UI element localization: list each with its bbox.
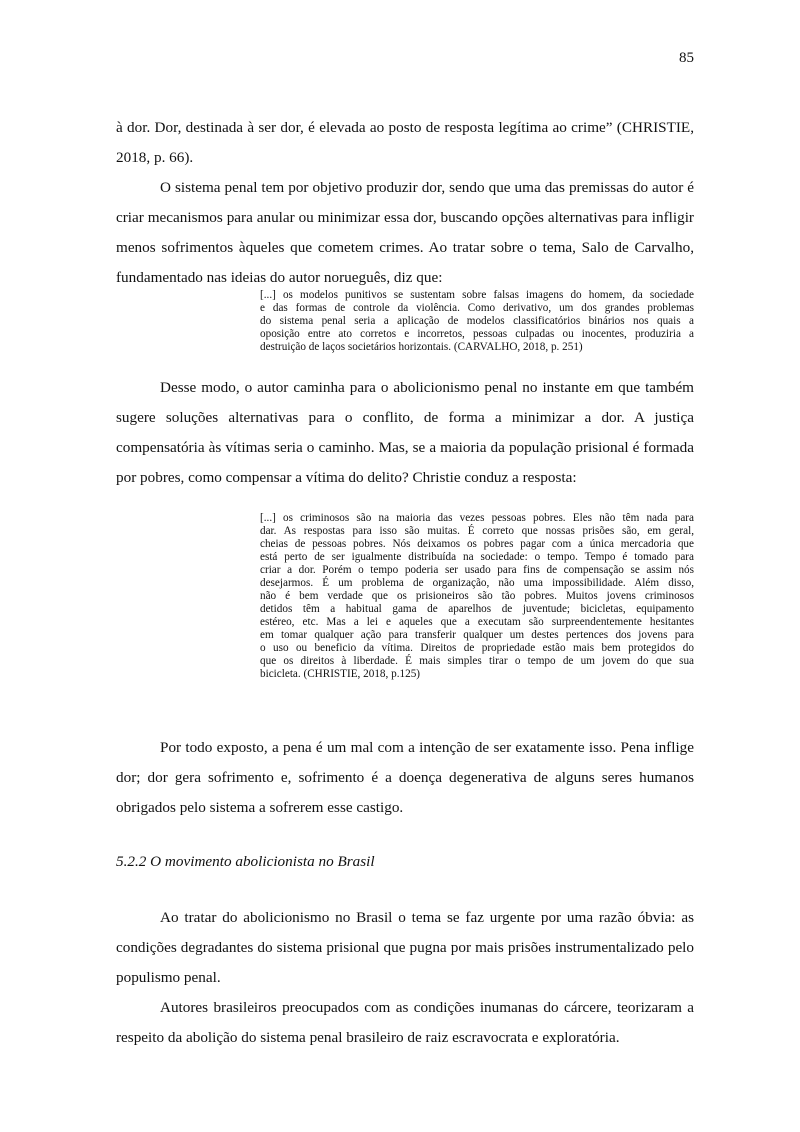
block-quote-line: cheias de pessoas pobres. Nós deixamos o… <box>260 538 694 551</box>
paragraph-line: obrigados pelo sistema a sofrerem esse c… <box>116 798 694 818</box>
block-quote-line: destruição de laços societários horizont… <box>260 341 694 354</box>
block-quote-line: desejarmos. É um problema de organização… <box>260 577 694 590</box>
block-quote-line: detidos têm a habitual gama de aparelhos… <box>260 603 694 616</box>
block-quote-line: está perto de ser igualmente distribuída… <box>260 551 694 564</box>
document-page: 85 à dor. Dor, destinada à ser dor, é el… <box>0 0 800 1132</box>
section-heading: 5.2.2 O movimento abolicionista no Brasi… <box>116 852 375 872</box>
block-quote-line: do sistema penal seria a aplicação de mo… <box>260 315 694 328</box>
paragraph-line: menos sofrimentos àqueles que cometem cr… <box>116 238 694 258</box>
block-quote-line: e das formas de controle da violência. C… <box>260 302 694 315</box>
paragraph-line: Por todo exposto, a pena é um mal com a … <box>160 738 694 758</box>
block-quote-line: que os direitos à liberdade. É mais simp… <box>260 655 694 668</box>
paragraph-line: dor; dor gera sofrimento e, sofrimento é… <box>116 768 694 788</box>
block-quote-line: [...] os modelos punitivos se sustentam … <box>260 289 694 302</box>
paragraph-line: Autores brasileiros preocupados com as c… <box>160 998 694 1018</box>
paragraph-line: à dor. Dor, destinada à ser dor, é eleva… <box>116 118 694 138</box>
block-quote-line: bicicleta. (CHRISTIE, 2018, p.125) <box>260 668 694 681</box>
paragraph-line: criar mecanismos para anular ou minimiza… <box>116 208 694 228</box>
paragraph-line: 2018, p. 66). <box>116 148 694 168</box>
paragraph-line: fundamentado nas ideias do autor noruegu… <box>116 268 694 288</box>
paragraph-line: sugere soluções alternativas para o conf… <box>116 408 694 428</box>
block-quote-line: o uso ou beneficio da vítima. Direitos d… <box>260 642 694 655</box>
paragraph-line: condições degradantes do sistema prision… <box>116 938 694 958</box>
paragraph-line: respeito da abolição do sistema penal br… <box>116 1028 694 1048</box>
block-quote-line: [...] os criminosos são na maioria das v… <box>260 512 694 525</box>
block-quote-line: não é bem verdade que os prisioneiros sã… <box>260 590 694 603</box>
block-quote-line: oposição entre ato corretos e incorretos… <box>260 328 694 341</box>
block-quote-line: criar a dor. Porém o tempo poderia ser u… <box>260 564 694 577</box>
page-number: 85 <box>679 50 694 67</box>
block-quote-line: estéreo, etc. Mas a lei e aqueles que a … <box>260 616 694 629</box>
paragraph-line: Ao tratar do abolicionismo no Brasil o t… <box>160 908 694 928</box>
paragraph-line: por pobres, como compensar a vítima do d… <box>116 468 694 488</box>
paragraph-line: compensatória às vítimas seria o caminho… <box>116 438 694 458</box>
paragraph-line: Desse modo, o autor caminha para o aboli… <box>160 378 694 398</box>
paragraph-line: populismo penal. <box>116 968 694 988</box>
block-quote-line: em tomar qualquer ação para transferir q… <box>260 629 694 642</box>
paragraph-line: O sistema penal tem por objetivo produzi… <box>160 178 694 198</box>
block-quote-line: dar. As respostas para isso são muitas. … <box>260 525 694 538</box>
